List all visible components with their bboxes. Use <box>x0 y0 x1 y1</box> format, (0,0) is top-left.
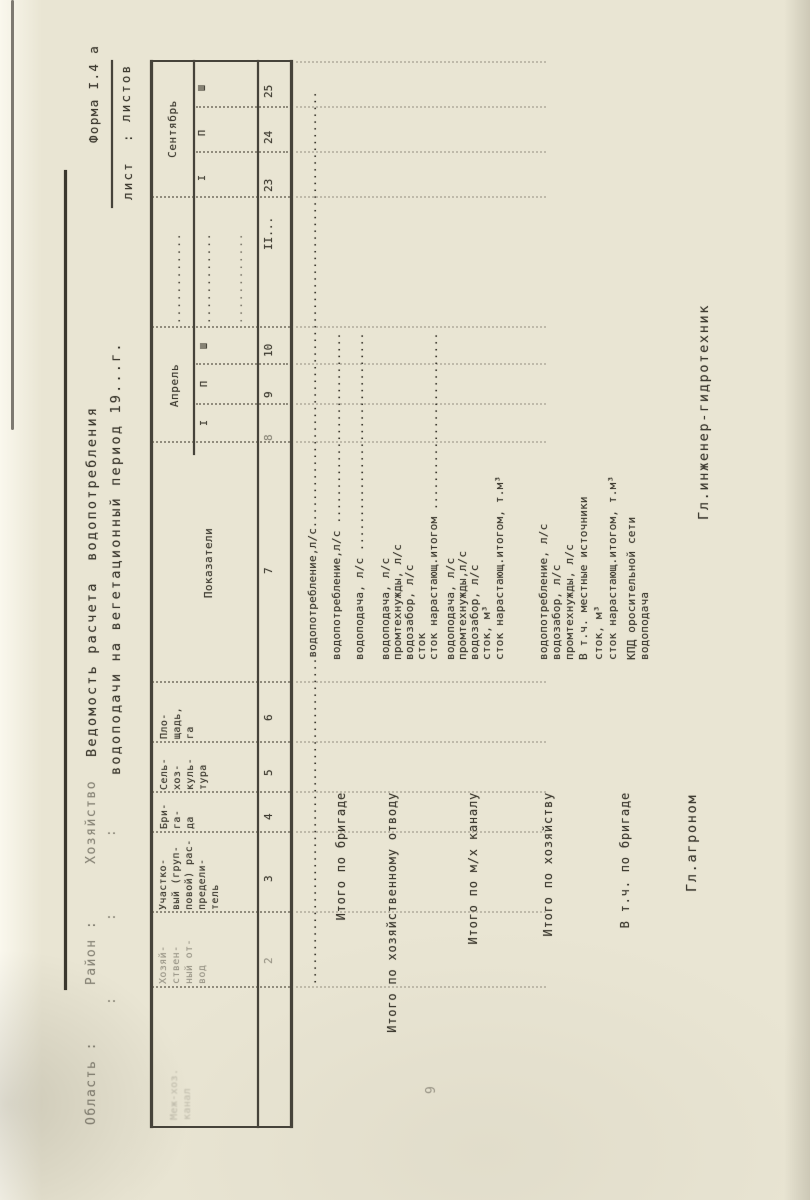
decade-header-1: I <box>197 170 208 186</box>
months-underline-rule <box>193 60 195 455</box>
sheets-label: листов <box>118 64 133 122</box>
decade-separator <box>196 151 288 153</box>
column-separator <box>152 831 290 833</box>
page-number: 9 <box>424 1086 439 1094</box>
table-row: КПД оросительной сети <box>625 517 638 660</box>
group-label-brigade-total: Итого по бригаде <box>334 792 348 920</box>
column-separator <box>152 986 290 988</box>
body-column-separator <box>296 196 546 198</box>
column-number: 9 <box>262 391 275 398</box>
group-label-incl-brigade: В т.ч. по бригаде <box>618 792 632 928</box>
column-header-farm-outlet: Хозяй- ствен- ный от- вод <box>157 916 209 984</box>
table-row: сток нарастающ.итогом ..................… <box>427 333 440 660</box>
column-number: 24 <box>262 131 275 144</box>
body-column-separator <box>296 151 546 153</box>
month-header-april: Апрель <box>168 328 181 443</box>
elided-months-dots: ............ <box>232 233 245 324</box>
stray-colons: : : : <box>104 828 119 1005</box>
decade-header-2: П <box>199 376 210 392</box>
decade-separator <box>196 403 288 405</box>
column-number: 8 <box>262 434 275 441</box>
decade-separator <box>196 363 288 365</box>
form-title-line1: Ведомость расчета водопотребления <box>84 406 100 757</box>
sheet-label: лист <box>120 161 135 200</box>
form-title-line2: водоподачи на вегетационный период 19...… <box>108 341 124 775</box>
rotated-form-sheet: Область : Район : Хозяйство : : : Ведомо… <box>0 0 810 1200</box>
table-row: водозабор, л/с <box>550 564 563 660</box>
column-number: 3 <box>262 875 275 882</box>
column-number: II... <box>262 217 275 250</box>
sheet-box-rule <box>111 60 113 208</box>
table-header-bottom-rule <box>290 60 293 1128</box>
scan-edge-line <box>11 0 14 430</box>
column-separator <box>152 681 290 683</box>
decade-header-3: Ш <box>197 80 208 96</box>
group-label-interfarm-canal-total: Итого по м/х каналу <box>466 792 480 944</box>
signature-chief-hydro-engineer: Гл.инженер-гидротехник <box>696 304 712 520</box>
decade-header-2: П <box>197 125 208 141</box>
elided-months-dots: ............ <box>200 233 213 324</box>
table-row: водоподача <box>638 592 651 660</box>
table-row: сток нарастающ.итогом, т.м³ <box>493 476 506 660</box>
body-column-separator <box>296 106 546 108</box>
decade-separator <box>196 106 288 108</box>
decade-header-3: Ш <box>199 338 210 354</box>
column-header-plot-distributor: Участко- вый (груп- повой) рас- предели-… <box>157 834 222 910</box>
column-number: 6 <box>262 714 275 721</box>
column-number: 23 <box>262 179 275 192</box>
table-row: сток нарастающ.итогом, т.м³ <box>606 476 619 660</box>
table-row: промтехнужды, л/с <box>563 544 576 660</box>
column-number: 2 <box>262 957 275 964</box>
column-number: 5 <box>262 769 275 776</box>
decade-header-1: I <box>199 415 210 431</box>
body-column-separator <box>296 681 546 683</box>
scanned-page: Область : Район : Хозяйство : : : Ведомо… <box>0 0 810 1200</box>
column-header-interfarm-canal: Меж-хоз. канал <box>168 992 194 1120</box>
numbers-row-top-rule <box>257 60 259 1128</box>
body-column-separator <box>296 326 546 328</box>
column-number: 7 <box>262 567 275 574</box>
sheet-box-colon: : <box>120 132 135 142</box>
column-header-area: Пло- щадь, га <box>158 685 197 739</box>
table-row: ........................................… <box>306 91 319 985</box>
column-number: 25 <box>262 85 275 98</box>
table-row: сток, м³ <box>592 605 605 660</box>
body-column-separator <box>296 986 546 988</box>
table-row: водоподача, л/с ........................… <box>353 333 366 660</box>
column-header-crop: Сель- хоз- куль- тура <box>158 744 210 790</box>
table-left-border <box>150 1126 293 1128</box>
group-label-farm-total: Итого по хозяйству <box>541 792 555 936</box>
column-separator <box>152 791 290 793</box>
group-label-farm-outlet-total: Итого по хозяйственному отводу <box>385 792 399 1033</box>
column-header-brigade: Бри- га- да <box>158 794 197 829</box>
column-number: 10 <box>262 344 275 357</box>
body-column-separator <box>296 741 546 743</box>
column-header-indicators: Показатели <box>202 443 215 683</box>
month-header-september: Сентябрь <box>166 60 179 198</box>
elided-months-dots: ............ <box>170 233 183 324</box>
column-number: 4 <box>262 813 275 820</box>
column-separator <box>152 911 290 913</box>
form-number-label: Форма I.4 а <box>86 45 101 143</box>
table-row: сток, м³ <box>480 605 493 660</box>
region-district-farm-line: Область : Район : Хозяйство <box>84 780 99 1125</box>
table-row: В т.ч. местные источники <box>577 496 590 660</box>
signature-chief-agronomist: Гл.агроном <box>684 794 700 892</box>
table-row: водопотребление, л/с <box>537 524 550 660</box>
body-column-separator <box>296 61 546 63</box>
top-page-rule <box>64 170 67 990</box>
column-separator <box>152 741 290 743</box>
table-row: водопотребление,л/с ....................… <box>330 333 343 660</box>
table-header-top-rule <box>150 60 153 1128</box>
